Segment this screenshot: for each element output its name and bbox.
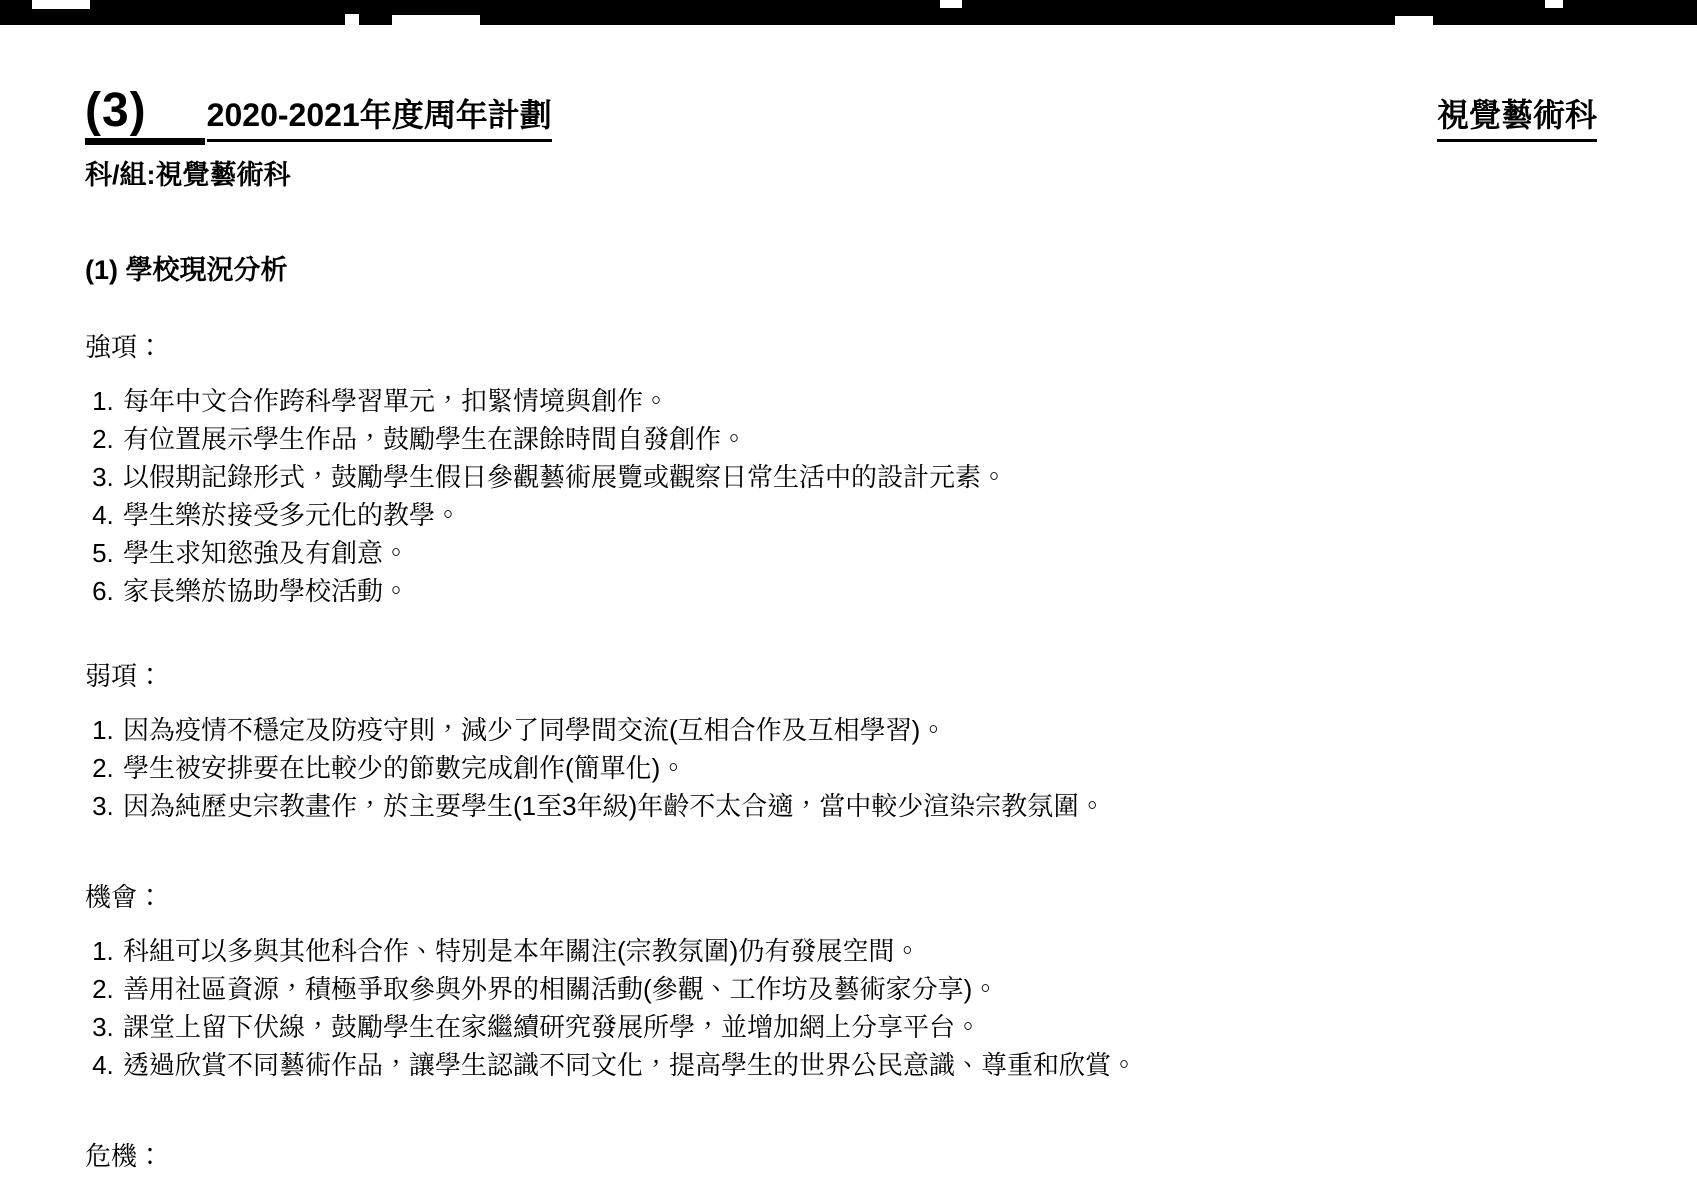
document-page: (3) 2020-2021年度周年計劃 視覺藝術科 科/組:視覺藝術科 (1) … [0, 0, 1697, 1200]
list-item: 因為純歷史宗教畫作，於主要學生(1至3年級)年齡不太合適，當中較少渲染宗教氛圍。 [121, 787, 1597, 825]
document-content: (3) 2020-2021年度周年計劃 視覺藝術科 科/組:視覺藝術科 (1) … [0, 85, 1697, 1173]
threats-section: 危機： [85, 1136, 1597, 1173]
list-item: 透過欣賞不同藝術作品，讓學生認識不同文化，提高學生的世界公民意識、尊重和欣賞。 [121, 1046, 1597, 1084]
list-item: 學生求知慾強及有創意。 [121, 534, 1597, 572]
document-title: 2020-2021年度周年計劃 [207, 90, 552, 142]
list-item: 有位置展示學生作品，鼓勵學生在課餘時間自發創作。 [121, 420, 1597, 458]
strengths-list: 每年中文合作跨科學習單元，扣緊情境與創作。 有位置展示學生作品，鼓勵學生在課餘時… [85, 382, 1597, 610]
scan-artifact-bar [0, 0, 1697, 25]
subject-title: 視覺藝術科 [1437, 90, 1597, 142]
department-line: 科/組:視覺藝術科 [85, 153, 1597, 192]
threats-label: 危機： [85, 1136, 1597, 1173]
opportunities-label: 機會： [85, 877, 1597, 914]
list-item: 每年中文合作跨科學習單元，扣緊情境與創作。 [121, 382, 1597, 420]
section-number: (3) [85, 85, 205, 145]
list-item: 課堂上留下伏線，鼓勵學生在家繼續研究發展所學，並增加網上分享平台。 [121, 1008, 1597, 1046]
list-item: 家長樂於協助學校活動。 [121, 572, 1597, 610]
weaknesses-label: 弱項： [85, 656, 1597, 693]
strengths-section: 強項： 每年中文合作跨科學習單元，扣緊情境與創作。 有位置展示學生作品，鼓勵學生… [85, 327, 1597, 610]
document-header: (3) 2020-2021年度周年計劃 視覺藝術科 [85, 85, 1597, 145]
strengths-label: 強項： [85, 327, 1597, 364]
header-left-group: (3) 2020-2021年度周年計劃 [85, 85, 552, 145]
weaknesses-list: 因為疫情不穩定及防疫守則，減少了同學間交流(互相合作及互相學習)。 學生被安排要… [85, 711, 1597, 825]
opportunities-section: 機會： 科組可以多與其他科合作、特別是本年關注(宗教氛圍)仍有發展空間。 善用社… [85, 877, 1597, 1084]
list-item: 以假期記錄形式，鼓勵學生假日參觀藝術展覽或觀察日常生活中的設計元素。 [121, 458, 1597, 496]
list-item: 學生被安排要在比較少的節數完成創作(簡單化)。 [121, 749, 1597, 787]
list-item: 科組可以多與其他科合作、特別是本年關注(宗教氛圍)仍有發展空間。 [121, 932, 1597, 970]
list-item: 學生樂於接受多元化的教學。 [121, 496, 1597, 534]
weaknesses-section: 弱項： 因為疫情不穩定及防疫守則，減少了同學間交流(互相合作及互相學習)。 學生… [85, 656, 1597, 825]
list-item: 善用社區資源，積極爭取參與外界的相關活動(參觀、工作坊及藝術家分享)。 [121, 970, 1597, 1008]
list-item: 因為疫情不穩定及防疫守則，減少了同學間交流(互相合作及互相學習)。 [121, 711, 1597, 749]
opportunities-list: 科組可以多與其他科合作、特別是本年關注(宗教氛圍)仍有發展空間。 善用社區資源，… [85, 932, 1597, 1084]
analysis-heading: (1) 學校現況分析 [85, 248, 1597, 287]
